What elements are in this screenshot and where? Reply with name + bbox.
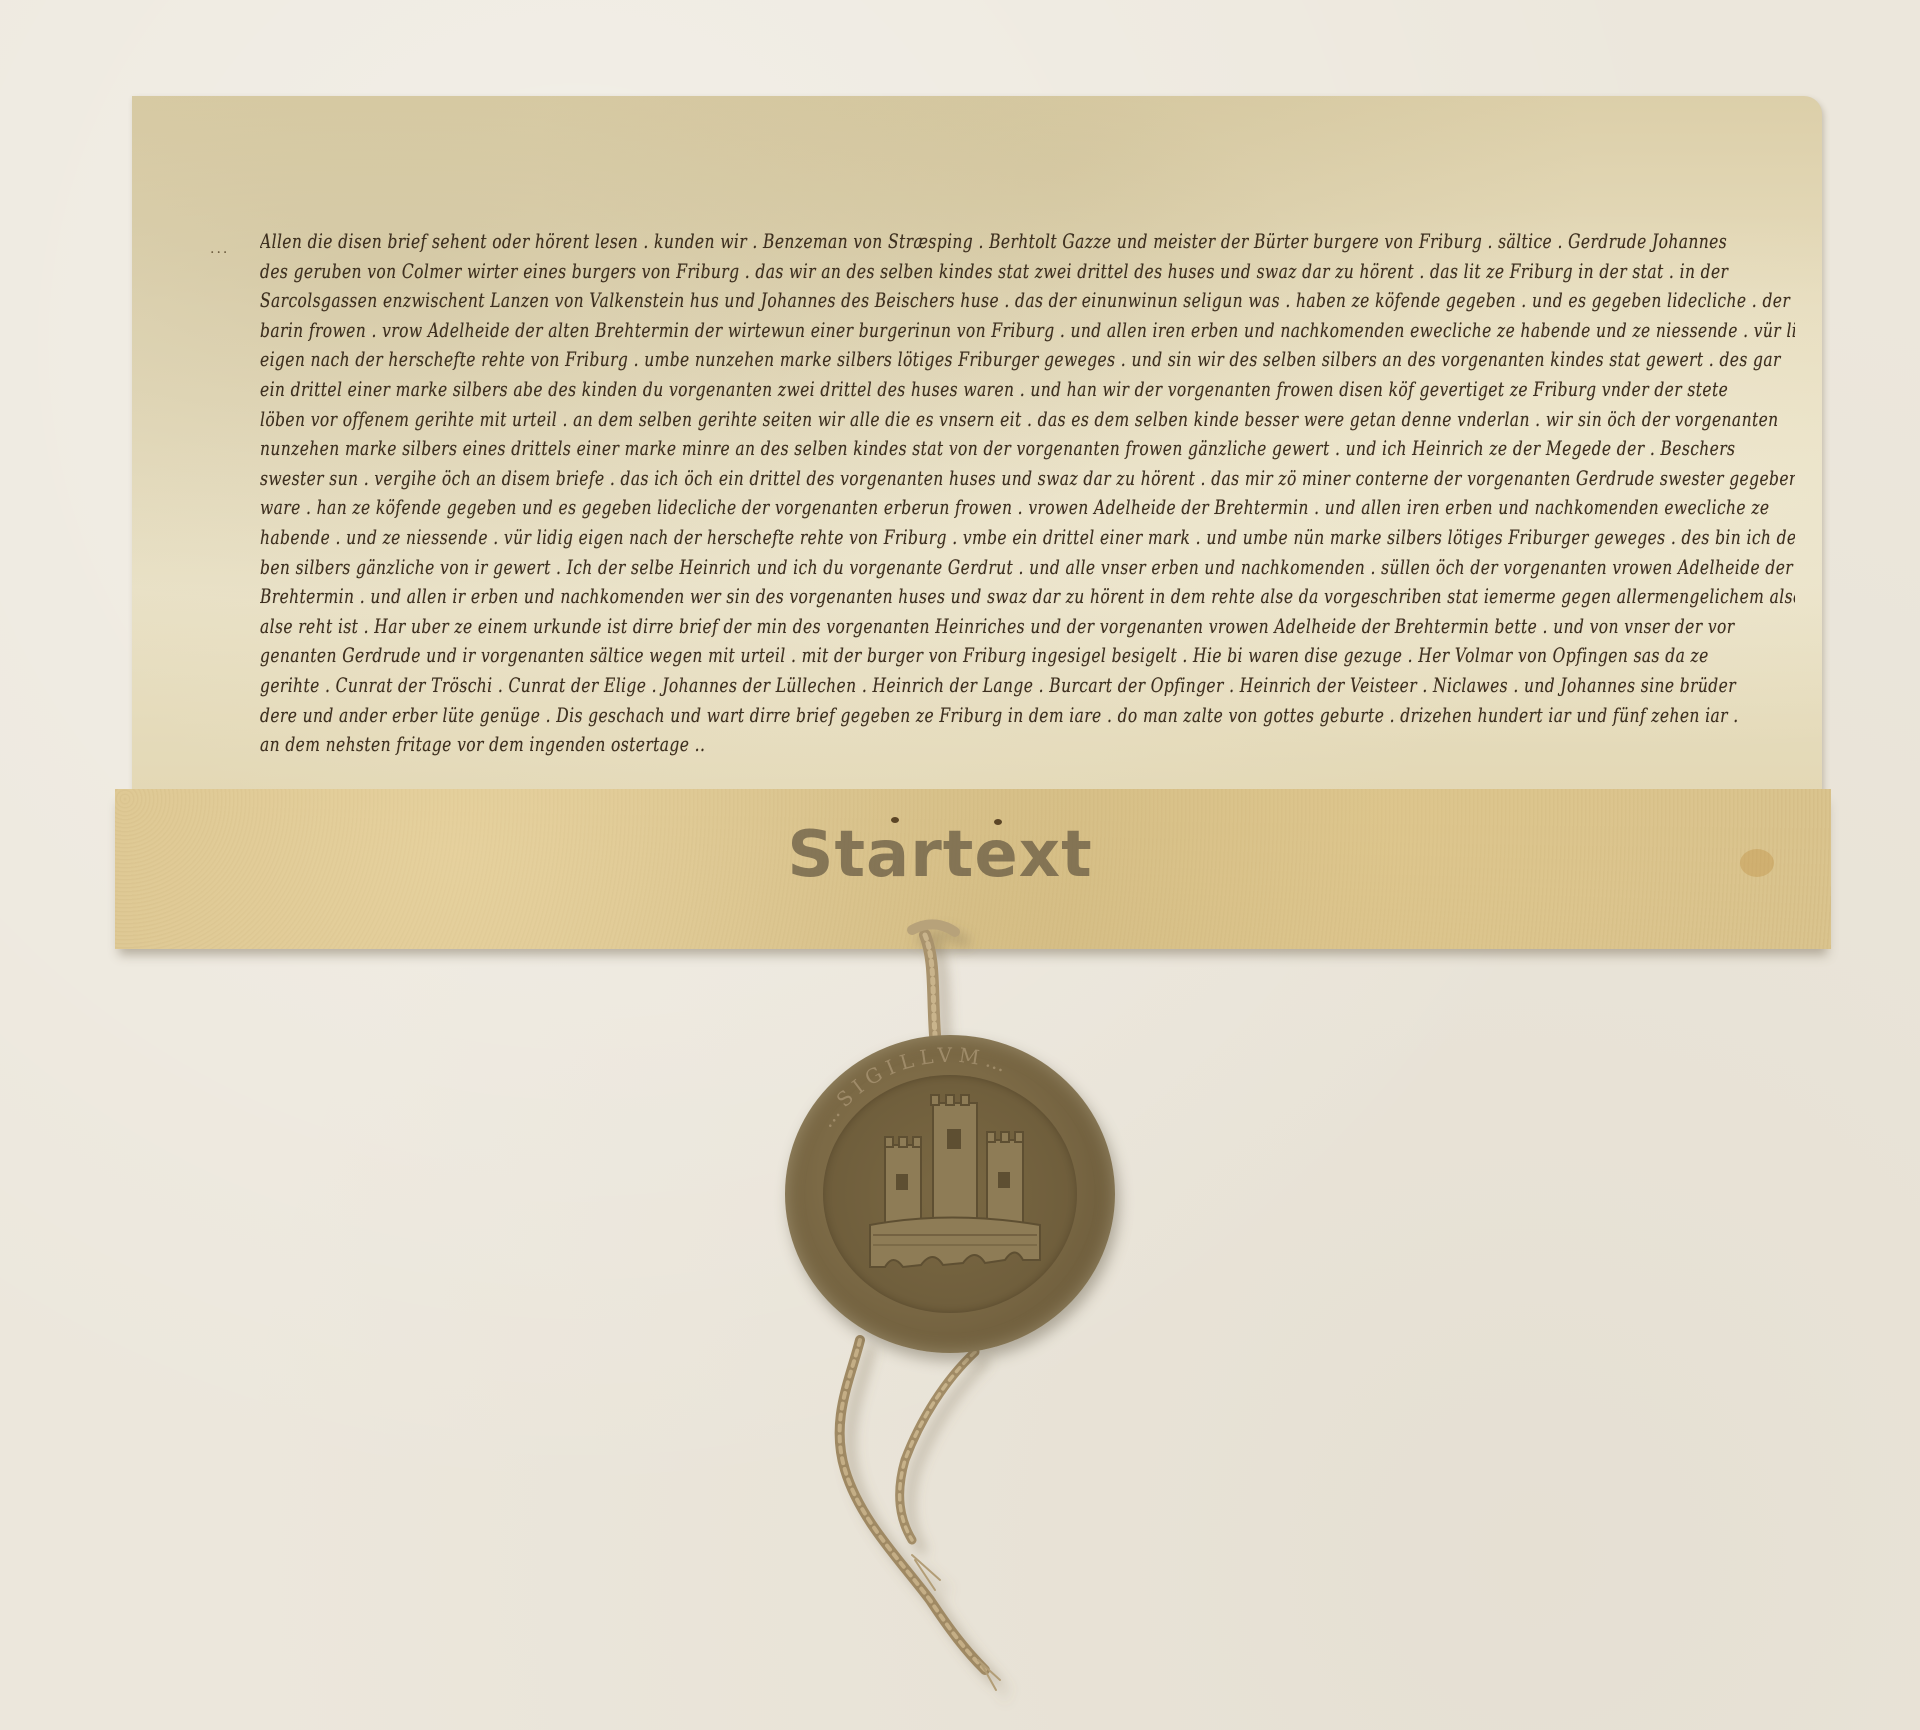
text-line: an dem nehsten fritage vor dem ingenden … (260, 727, 1795, 764)
start-marker: ... (210, 241, 229, 257)
charter-text: Allen die disen brief sehent oder hörent… (260, 228, 1795, 761)
charter-document: ... Allen die disen brief sehent oder hö… (132, 96, 1822, 796)
wax-seal: …SIGILLVM… Wax seal of Freiburg showing … (785, 1035, 1115, 1353)
stain (1740, 849, 1774, 877)
startext-watermark: Startext (755, 818, 1125, 892)
castle-emblem-icon (845, 1085, 1055, 1295)
parchment-sheet: ... Allen die disen brief sehent oder hö… (132, 96, 1822, 796)
